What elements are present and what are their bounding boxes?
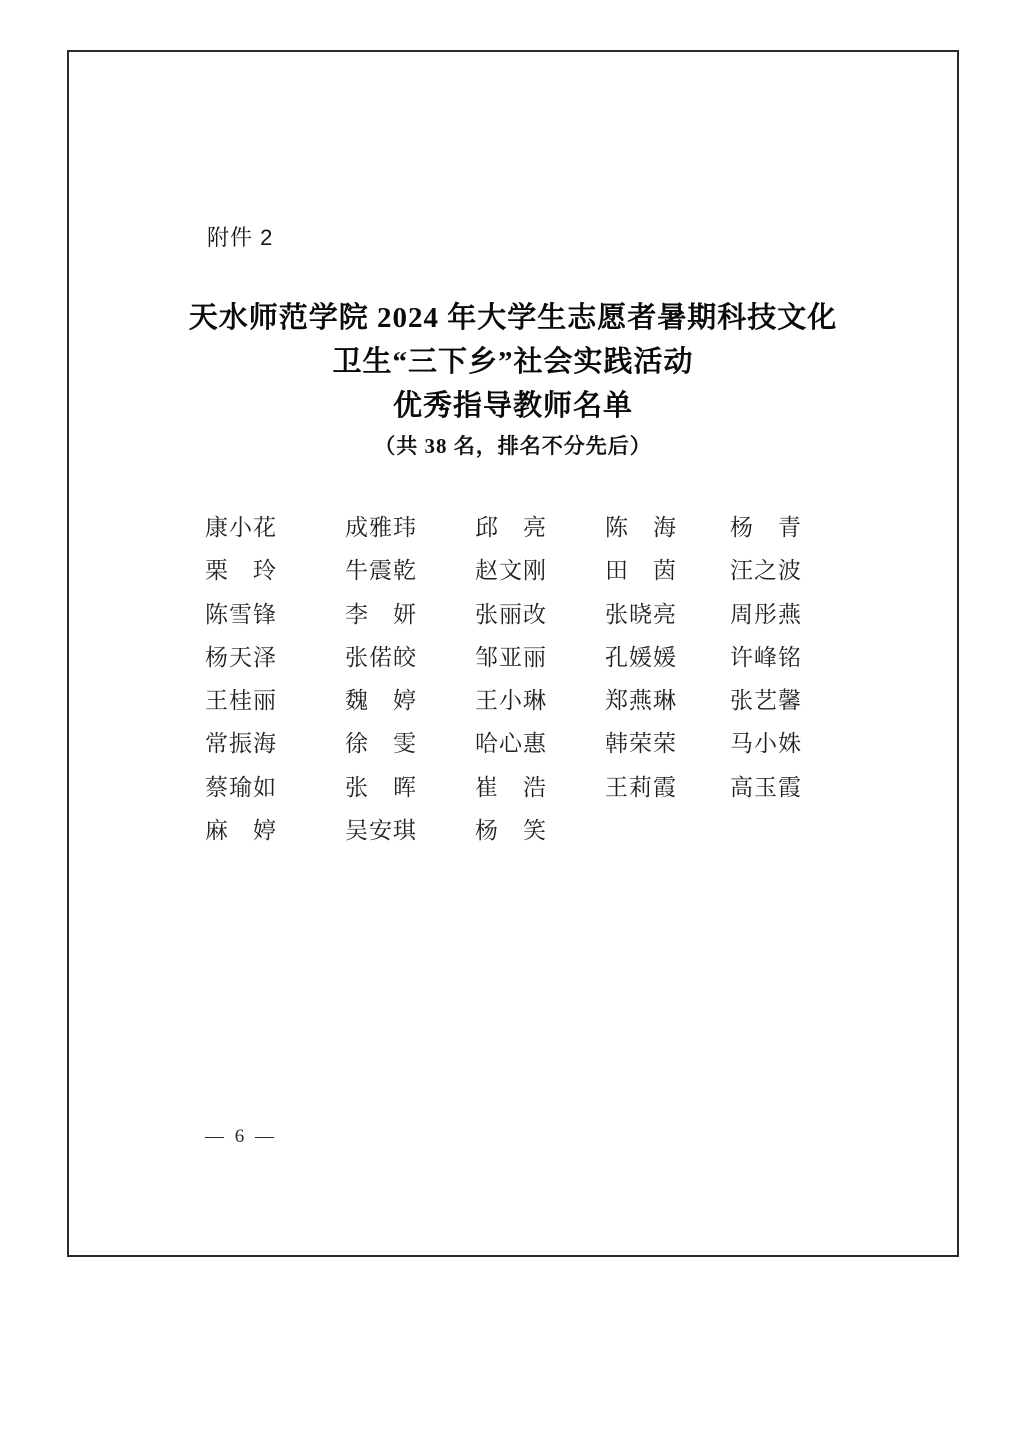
names-list: 康小花 成雅玮 邱 亮 陈 海 杨 青 栗 玲 牛震乾 赵文刚 田 茵 汪之波 … [205, 514, 850, 860]
name-cell: 邱 亮 [475, 514, 605, 542]
document-page: 附件 2 天水师范学院 2024 年大学生志愿者暑期科技文化 卫生“三下乡”社会… [0, 0, 1024, 1448]
name-cell: 李 妍 [345, 601, 475, 629]
doc-title-line-2: 卫生“三下乡”社会实践活动 [69, 340, 957, 384]
name-cell: 韩荣荣 [605, 730, 730, 758]
name-cell: 邹亚丽 [475, 644, 605, 672]
name-cell: 常振海 [205, 730, 345, 758]
name-cell: 张晓亮 [605, 601, 730, 629]
name-cell: 栗 玲 [205, 557, 345, 585]
name-cell: 田 茵 [605, 557, 730, 585]
name-cell: 徐 雯 [345, 730, 475, 758]
name-cell: 魏 婷 [345, 687, 475, 715]
name-cell: 麻 婷 [205, 817, 345, 845]
name-cell: 陈雪锋 [205, 601, 345, 629]
name-cell: 王莉霞 [605, 774, 730, 802]
name-cell: 高玉霞 [730, 774, 850, 802]
name-cell: 康小花 [205, 514, 345, 542]
name-cell: 王小琳 [475, 687, 605, 715]
name-cell: 汪之波 [730, 557, 850, 585]
name-cell: 张丽改 [475, 601, 605, 629]
name-cell: 陈 海 [605, 514, 730, 542]
name-cell: 吴安琪 [345, 817, 475, 845]
name-cell: 王桂丽 [205, 687, 345, 715]
name-cell: 哈心惠 [475, 730, 605, 758]
title-block: 天水师范学院 2024 年大学生志愿者暑期科技文化 卫生“三下乡”社会实践活动 … [69, 296, 957, 461]
attachment-label: 附件 2 [207, 221, 273, 252]
name-cell: 杨天泽 [205, 644, 345, 672]
name-cell: 张艺馨 [730, 687, 850, 715]
name-cell: 郑燕琳 [605, 687, 730, 715]
name-cell: 成雅玮 [345, 514, 475, 542]
name-cell: 周彤燕 [730, 601, 850, 629]
doc-title-line-3: 优秀指导教师名单 [69, 384, 957, 428]
name-cell: 蔡瑜如 [205, 774, 345, 802]
name-cell: 牛震乾 [345, 557, 475, 585]
doc-title-line-1: 天水师范学院 2024 年大学生志愿者暑期科技文化 [69, 296, 957, 340]
name-cell: 孔媛媛 [605, 644, 730, 672]
name-cell: 赵文刚 [475, 557, 605, 585]
name-cell: 许峰铭 [730, 644, 850, 672]
name-cell: 杨 青 [730, 514, 850, 542]
page-number: — 6 — [205, 1126, 277, 1148]
page-border: 附件 2 天水师范学院 2024 年大学生志愿者暑期科技文化 卫生“三下乡”社会… [67, 50, 959, 1257]
name-cell: 马小姝 [730, 730, 850, 758]
name-cell: 杨 笑 [475, 817, 605, 845]
name-cell: 张偌皎 [345, 644, 475, 672]
name-cell: 崔 浩 [475, 774, 605, 802]
name-cell: 张 晖 [345, 774, 475, 802]
doc-subtitle: （共 38 名，排名不分先后） [69, 431, 957, 461]
